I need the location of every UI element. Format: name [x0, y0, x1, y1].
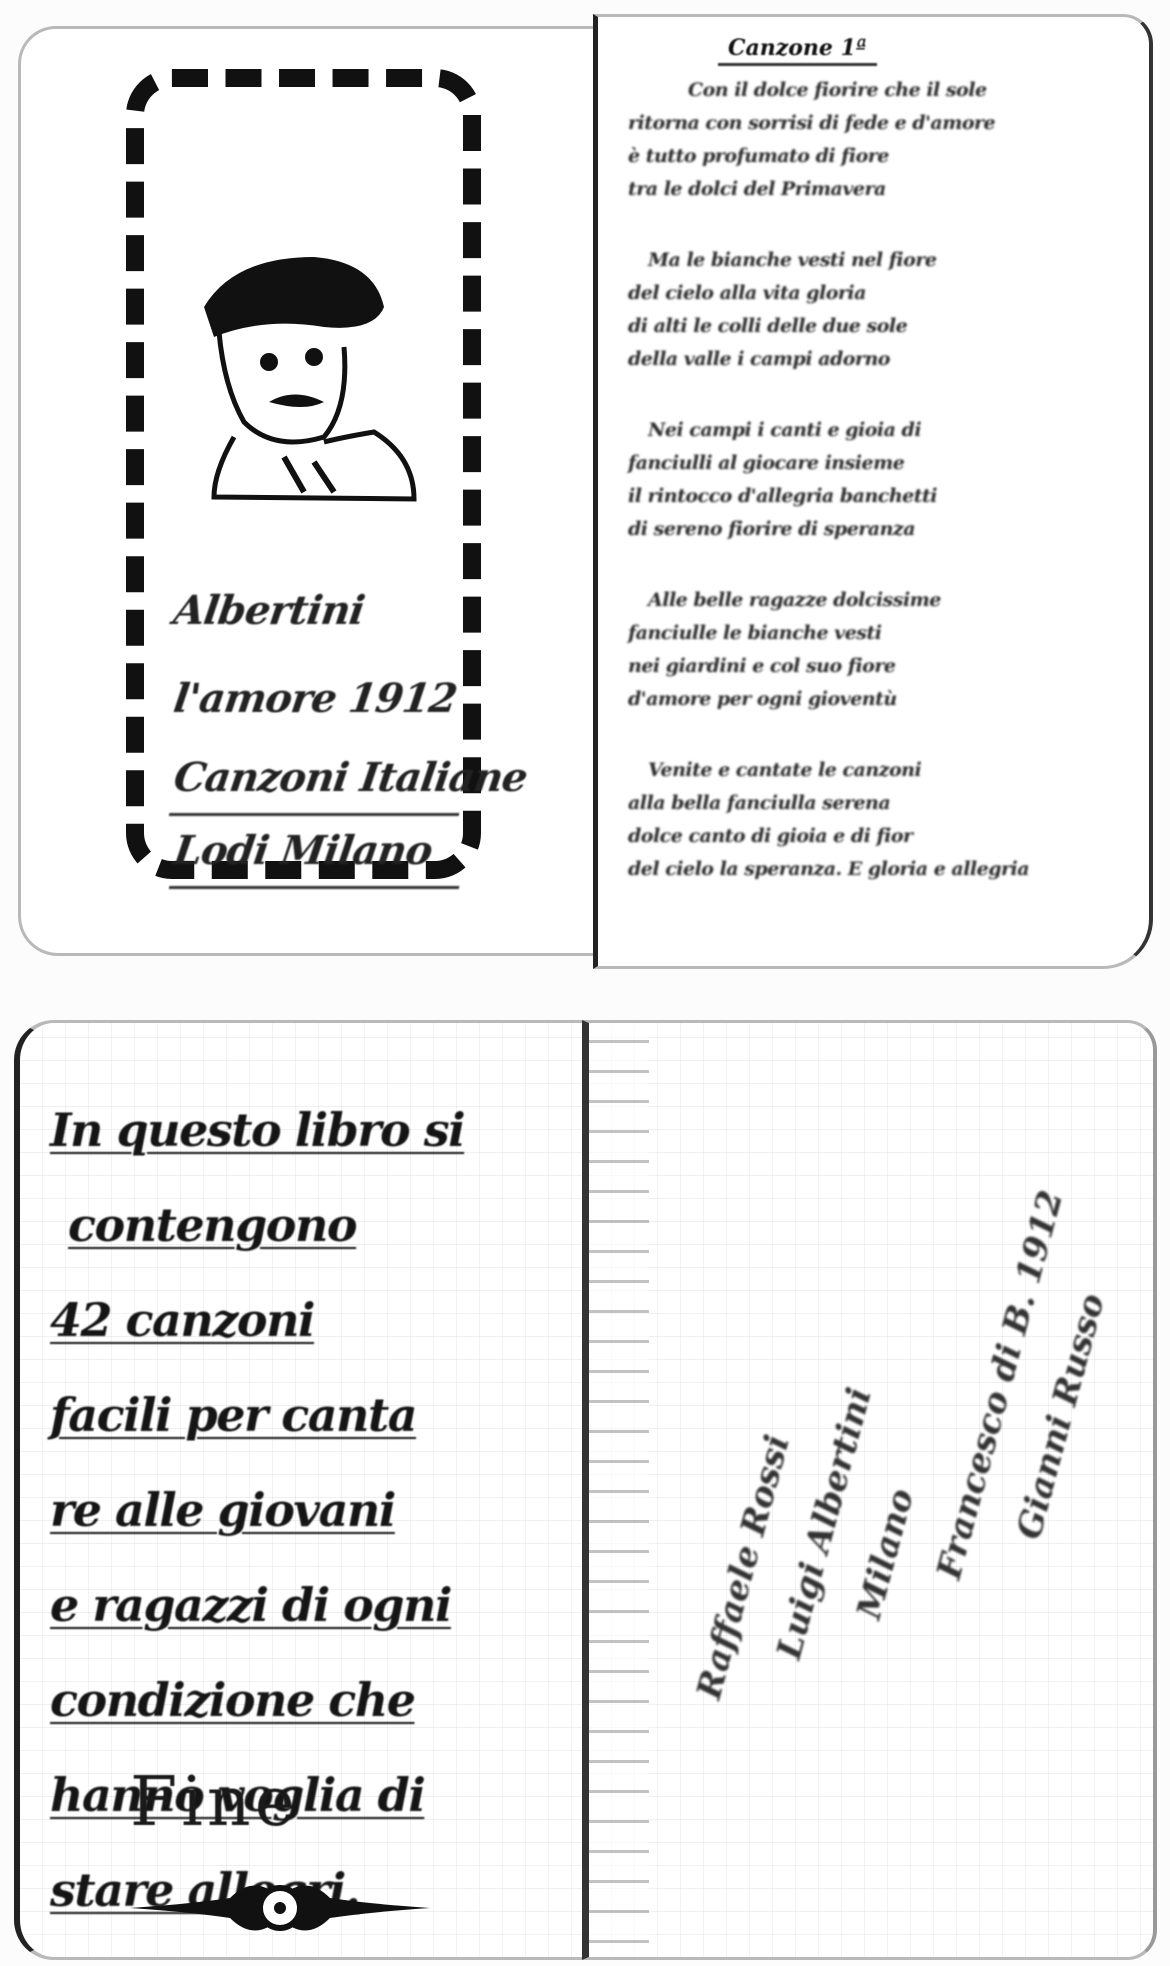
closing-line: e ragazzi di ogni [50, 1558, 570, 1653]
lyrics-block: Canzone 1ª Con il dolce fiorire che il s… [628, 35, 1128, 886]
closing-text: In questo libro sicontengono42 canzonifa… [50, 1083, 570, 1938]
cover-line: Albertini [168, 567, 470, 655]
lyric-line: della valle i campi adorno [628, 343, 1128, 376]
cover-page: Albertini l'amore 1912 Canzoni Italiane … [18, 26, 593, 956]
lyric-line: è tutto profumato di fiore [628, 140, 1128, 173]
portrait-drawing [174, 237, 424, 507]
closing-page: In questo libro sicontengono42 canzonifa… [14, 1020, 582, 1960]
lyric-line: del cielo alla vita gloria [628, 277, 1128, 310]
man-portrait-icon [174, 237, 424, 507]
closing-line: re alle giovani [50, 1463, 570, 1558]
lyric-line: il rintocco d'allegria banchetti [628, 480, 1128, 513]
top-spread: Albertini l'amore 1912 Canzoni Italiane … [18, 14, 1158, 969]
lyric-line: dolce canto di gioia e di fior [628, 820, 1128, 853]
twisted-rope-border: Albertini l'amore 1912 Canzoni Italiane … [126, 69, 481, 879]
lyric-line: Venite e cantate le canzoni [648, 754, 1128, 787]
cover-line: Lodi Milano [169, 816, 469, 889]
lyric-line: del cielo la speranza. E gloria e allegr… [628, 853, 1128, 886]
bottom-spread: In questo libro sicontengono42 canzonifa… [14, 1010, 1159, 1960]
lyric-line: Alle belle ragazze dolcissime [648, 584, 1128, 617]
stanza: Con il dolce fiorire che il soleritorna … [628, 74, 1128, 206]
lyric-line: nei giardini e col suo fiore [628, 650, 1128, 683]
song-title: Canzone 1ª [718, 35, 877, 66]
inscription-line: Milano [849, 1485, 922, 1624]
scanned-document: Albertini l'amore 1912 Canzoni Italiane … [0, 0, 1170, 1966]
lyric-line: di alti le colli delle due sole [628, 310, 1128, 343]
inscription-line: Luigi Albertini [769, 1384, 880, 1664]
lyric-line: tra le dolci del Primavera [628, 173, 1128, 206]
stanza: Ma le bianche vesti nel fioredel cielo a… [628, 244, 1128, 376]
lyric-line: ritorna con sorrisi di fede e d'amore [628, 107, 1128, 140]
lyric-line: Nei campi i canti e gioia di [648, 414, 1128, 447]
inscription-line: Raffaele Rossi [689, 1431, 798, 1703]
fine-label: Fine [130, 1763, 299, 1842]
cover-title-block: Albertini l'amore 1912 Canzoni Italiane … [174, 567, 464, 889]
closing-line: In questo libro si [50, 1083, 570, 1178]
cover-line: Canzoni Italiane [169, 743, 469, 816]
closing-line: 42 canzoni [50, 1273, 570, 1368]
lyric-line: Con il dolce fiorire che il sole [688, 74, 1128, 107]
closing-line: condizione che [50, 1653, 570, 1748]
lyric-line: alla bella fanciulla serena [628, 787, 1128, 820]
lyric-line: fanciulli al giocare insieme [628, 447, 1128, 480]
closing-line: contengono [68, 1178, 570, 1273]
stanza: Nei campi i canti e gioia difanciulli al… [628, 414, 1128, 546]
lyric-line: fanciulle le bianche vesti [628, 617, 1128, 650]
lyric-line: d'amore per ogni gioventù [628, 683, 1128, 716]
stanza: Alle belle ragazze dolcissimefanciulle l… [628, 584, 1128, 716]
cover-line: l'amore 1912 [168, 655, 470, 743]
flourish-ornament-icon [130, 1868, 430, 1948]
rotated-inscriptions: Raffaele RossiLuigi AlbertiniMilanoFranc… [629, 1053, 1089, 1693]
inscriptions-page: Raffaele RossiLuigi AlbertiniMilanoFranc… [582, 1020, 1157, 1960]
lyrics-page: Canzone 1ª Con il dolce fiorire che il s… [593, 14, 1153, 969]
stanza: Venite e cantate le canzonialla bella fa… [628, 754, 1128, 886]
closing-line: hanno voglia di [50, 1748, 570, 1843]
closing-line: facili per canta [50, 1368, 570, 1463]
lyric-line: Ma le bianche vesti nel fiore [648, 244, 1128, 277]
lyric-line: di sereno fiorire di speranza [628, 513, 1128, 546]
